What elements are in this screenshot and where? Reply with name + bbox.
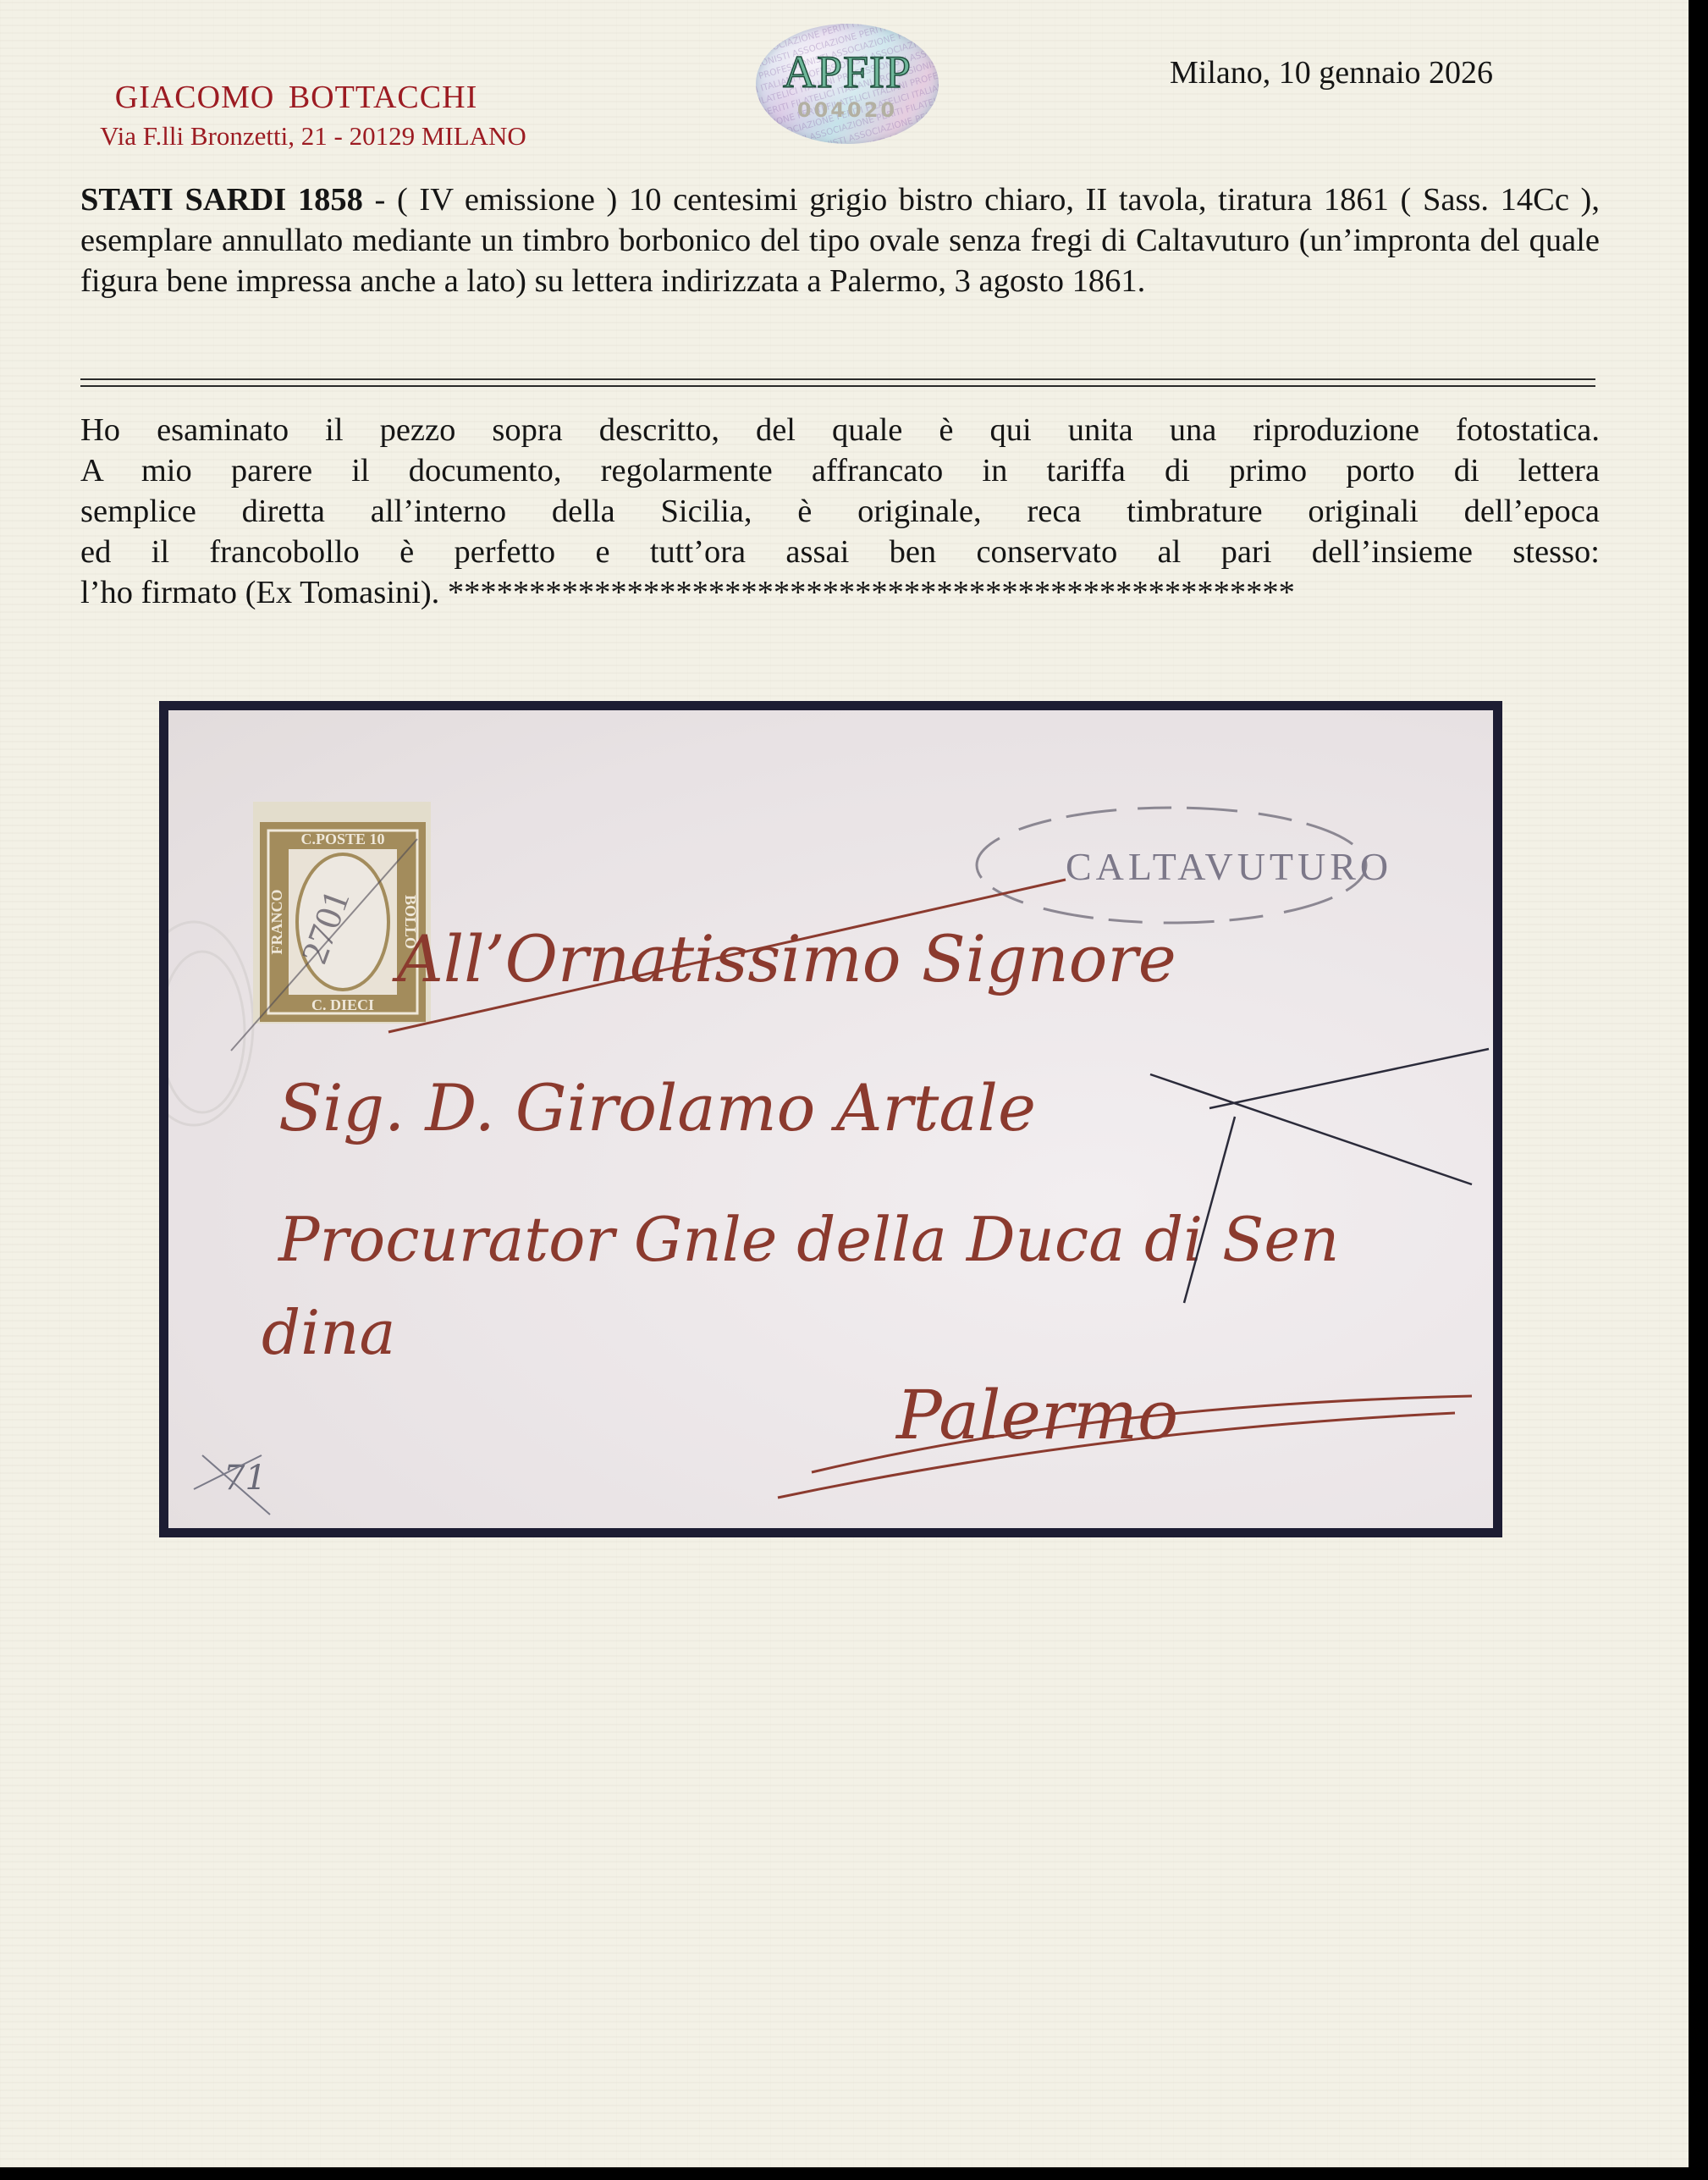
svg-text:Palermo: Palermo bbox=[895, 1376, 1178, 1454]
item-description: STATI SARDI 1858 - ( IV emissione ) 10 c… bbox=[80, 179, 1600, 301]
svg-text:C.POSTE 10: C.POSTE 10 bbox=[300, 831, 384, 847]
description-heading: STATI SARDI 1858 bbox=[80, 182, 363, 218]
svg-text:CALTAVUTURO: CALTAVUTURO bbox=[1066, 845, 1392, 888]
double-rule-divider bbox=[80, 378, 1595, 387]
opinion-line: l’ho firmato (Ex Tomasini). ************… bbox=[80, 572, 1600, 613]
opinion-line: A mio parere il documento, regolarmente … bbox=[80, 450, 1600, 491]
svg-text:Sig. D. Girolamo Artale: Sig. D. Girolamo Artale bbox=[278, 1070, 1036, 1145]
place-date: Milano, 10 gennaio 2026 bbox=[1170, 54, 1493, 91]
opinion-line: Ho esaminato il pezzo sopra descritto, d… bbox=[80, 410, 1600, 450]
svg-text:Procurator Gnle della Duca di: Procurator Gnle della Duca di Sen bbox=[277, 1204, 1339, 1275]
apfip-hologram-seal: ASSOCIAZIONE PERITI FILATELICI ITALIANI … bbox=[756, 24, 939, 144]
seal-title: APFIP bbox=[756, 46, 939, 98]
cover-illustration: C.POSTE 10 C. DIECI FRANCO BOLLO 2701 CA… bbox=[168, 710, 1493, 1528]
certificate-page: GIACOMO BOTTACCHI Via F.lli Bronzetti, 2… bbox=[0, 0, 1689, 2167]
seal-number: 004020 bbox=[756, 98, 939, 122]
expert-opinion: Ho esaminato il pezzo sopra descritto, d… bbox=[80, 410, 1600, 613]
svg-text:dina: dina bbox=[262, 1297, 395, 1368]
svg-text:FRANCO: FRANCO bbox=[268, 890, 285, 955]
cover-photo: C.POSTE 10 C. DIECI FRANCO BOLLO 2701 CA… bbox=[159, 701, 1502, 1537]
svg-text:All’Ornatissimo Signore: All’Ornatissimo Signore bbox=[392, 921, 1176, 996]
svg-text:C. DIECI: C. DIECI bbox=[311, 996, 374, 1013]
opinion-line: semplice diretta all’interno della Sicil… bbox=[80, 491, 1600, 532]
opinion-line: ed il francobollo è perfetto e tutt’ora … bbox=[80, 532, 1600, 572]
postmark-caltavuturo: CALTAVUTURO bbox=[977, 808, 1392, 923]
sender-address: Via F.lli Bronzetti, 21 - 20129 MILANO bbox=[0, 121, 626, 152]
sender-name: GIACOMO BOTTACCHI bbox=[0, 79, 592, 116]
